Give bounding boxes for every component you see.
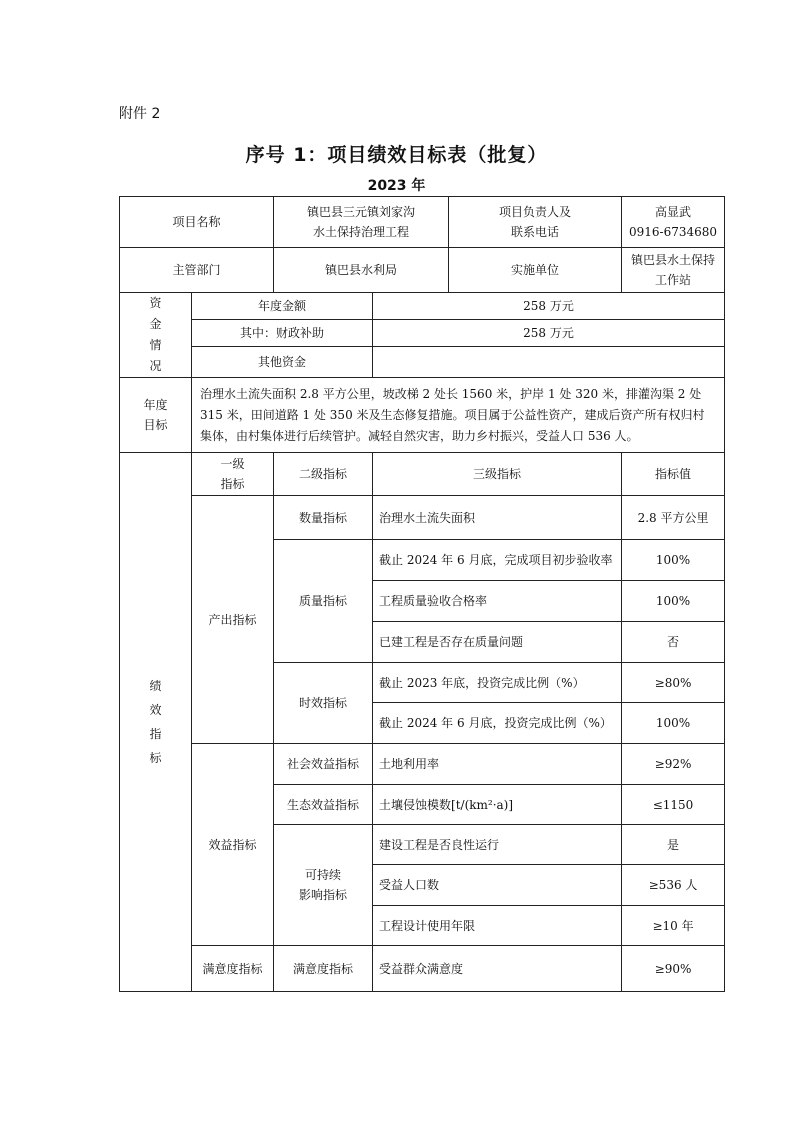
indicator-name: 受益人口数 bbox=[373, 865, 622, 906]
indicator-value: ≥80% bbox=[622, 663, 725, 703]
funding-row: 其他资金 bbox=[120, 347, 725, 378]
funding-value-other bbox=[373, 347, 725, 378]
annual-goal-row: 年度 目标 治理水土流失面积 2.8 平方公里，坡改梯 2 处长 1560 米，… bbox=[120, 378, 725, 453]
project-name-value: 镇巴县三元镇刘家沟 水土保持治理工程 项目负责人及 联系电话 bbox=[274, 197, 622, 248]
group-satisfaction: 满意度指标 bbox=[192, 946, 274, 992]
annual-goal-text: 治理水土流失面积 2.8 平方公里，坡改梯 2 处长 1560 米，护岸 1 处… bbox=[192, 378, 725, 453]
contact-value: 高显武 0916-6734680 bbox=[622, 197, 725, 248]
group-benefit: 效益指标 bbox=[192, 744, 274, 946]
indicator-name: 截止 2023 年底，投资完成比例（%） bbox=[373, 663, 622, 703]
project-name-cell: 镇巴县三元镇刘家沟 水土保持治理工程 bbox=[274, 197, 449, 247]
sub-quantity: 数量指标 bbox=[274, 496, 373, 540]
indicator-row: 产出指标 数量指标 治理水土流失面积 2.8 平方公里 bbox=[120, 496, 725, 540]
indicator-value: 是 bbox=[622, 825, 725, 865]
department-value: 镇巴县水利局 bbox=[274, 248, 449, 292]
funding-label-annual: 年度金额 bbox=[192, 293, 373, 320]
contact-phone: 0916-6734680 bbox=[628, 222, 718, 242]
header-level1-line2: 指标 bbox=[198, 474, 267, 494]
contact-label: 项目负责人及 联系电话 bbox=[449, 197, 622, 247]
indicator-value: ≥92% bbox=[622, 744, 725, 785]
project-name-label: 项目名称 bbox=[120, 197, 274, 248]
annual-goal-label: 年度 目标 bbox=[120, 378, 192, 453]
funding-annual-label: 年度金额 bbox=[192, 296, 372, 316]
project-name-line1: 镇巴县三元镇刘家沟 bbox=[274, 202, 448, 222]
indicator-name: 治理水土流失面积 bbox=[373, 496, 622, 540]
contact-label-line1: 项目负责人及 bbox=[449, 202, 621, 222]
indicator-value: 100% bbox=[622, 540, 725, 581]
group-output: 产出指标 bbox=[192, 496, 274, 744]
implementer-value: 镇巴县水土保持工作站 bbox=[622, 248, 725, 293]
contact-label-line2: 联系电话 bbox=[449, 222, 621, 242]
department-implementer: 镇巴县水利局 实施单位 bbox=[274, 248, 622, 293]
indicator-value: ≥90% bbox=[622, 946, 725, 992]
annual-goal-label-line1: 年度 bbox=[126, 395, 185, 415]
indicator-name: 工程质量验收合格率 bbox=[373, 581, 622, 622]
indicator-name: 已建工程是否存在质量问题 bbox=[373, 622, 622, 663]
indicator-value: ≥10 年 bbox=[622, 906, 725, 946]
indicator-value: ≥536 人 bbox=[622, 865, 725, 906]
sub-satisfaction: 满意度指标 bbox=[274, 946, 373, 992]
sub-sustainable-line2: 影响指标 bbox=[280, 885, 366, 905]
sub-social: 社会效益指标 bbox=[274, 744, 373, 785]
funding-value-annual: 258 万元 bbox=[373, 293, 725, 320]
annex-label: 附件 2 bbox=[119, 103, 160, 123]
header-level1: 一级 指标 bbox=[192, 453, 274, 496]
contact-name: 高显武 bbox=[628, 202, 718, 222]
department-row: 主管部门 镇巴县水利局 实施单位 镇巴县水土保持工作站 bbox=[120, 248, 725, 293]
sub-timeliness: 时效指标 bbox=[274, 663, 373, 744]
indicator-name: 截止 2024 年 6 月底，投资完成比例（%） bbox=[373, 703, 622, 744]
header-value: 指标值 bbox=[622, 453, 725, 496]
sub-sustainable-line1: 可持续 bbox=[280, 865, 366, 885]
indicator-value: ≤1150 bbox=[622, 785, 725, 825]
indicator-header-row: 绩效指标 一级 指标 二级指标 三级指标 指标值 bbox=[120, 453, 725, 496]
indicator-value: 2.8 平方公里 bbox=[622, 496, 725, 540]
indicator-value: 100% bbox=[622, 581, 725, 622]
header-level1-line1: 一级 bbox=[198, 454, 267, 474]
project-name-row: 项目名称 镇巴县三元镇刘家沟 水土保持治理工程 项目负责人及 联系电话 高显武 … bbox=[120, 197, 725, 248]
indicators-section-label: 绩效指标 bbox=[120, 453, 192, 992]
funding-section-label: 资金情况 bbox=[120, 293, 192, 378]
project-name-line2: 水土保持治理工程 bbox=[274, 222, 448, 242]
indicator-value: 否 bbox=[622, 622, 725, 663]
performance-target-table: 项目名称 镇巴县三元镇刘家沟 水土保持治理工程 项目负责人及 联系电话 高显武 … bbox=[119, 196, 725, 992]
indicators-section-text: 绩效指标 bbox=[149, 674, 163, 770]
funding-value-subsidy: 258 万元 bbox=[373, 319, 725, 347]
indicator-row: 效益指标 社会效益指标 土地利用率 ≥92% bbox=[120, 744, 725, 785]
funding-label-other: 其他资金 bbox=[192, 347, 373, 378]
indicator-name: 工程设计使用年限 bbox=[373, 906, 622, 946]
indicator-name: 土地利用率 bbox=[373, 744, 622, 785]
indicator-name: 截止 2024 年 6 月底，完成项目初步验收率 bbox=[373, 540, 622, 581]
funding-row: 其中：财政补助 258 万元 bbox=[120, 319, 725, 347]
indicator-name: 受益群众满意度 bbox=[373, 946, 622, 992]
indicator-name: 土壤侵蚀模数[t/(km²·a)] bbox=[373, 785, 622, 825]
sub-sustainable: 可持续 影响指标 bbox=[274, 825, 373, 946]
department-label: 主管部门 bbox=[120, 248, 274, 293]
page-title: 序号 1：项目绩效目标表（批复） bbox=[0, 140, 793, 167]
funding-section-text: 资金情况 bbox=[149, 293, 163, 377]
funding-row: 资金情况 年度金额 258 万元 bbox=[120, 293, 725, 320]
indicator-value: 100% bbox=[622, 703, 725, 744]
header-level3: 三级指标 bbox=[373, 453, 622, 496]
sub-quality: 质量指标 bbox=[274, 540, 373, 663]
header-level2: 二级指标 bbox=[274, 453, 373, 496]
funding-label-subsidy: 其中：财政补助 bbox=[192, 319, 373, 347]
sub-ecological: 生态效益指标 bbox=[274, 785, 373, 825]
annual-goal-label-line2: 目标 bbox=[126, 415, 185, 435]
indicator-name: 建设工程是否良性运行 bbox=[373, 825, 622, 865]
year-label: 2023 年 bbox=[0, 175, 793, 195]
implementer-label: 实施单位 bbox=[449, 248, 622, 292]
indicator-row: 满意度指标 满意度指标 受益群众满意度 ≥90% bbox=[120, 946, 725, 992]
